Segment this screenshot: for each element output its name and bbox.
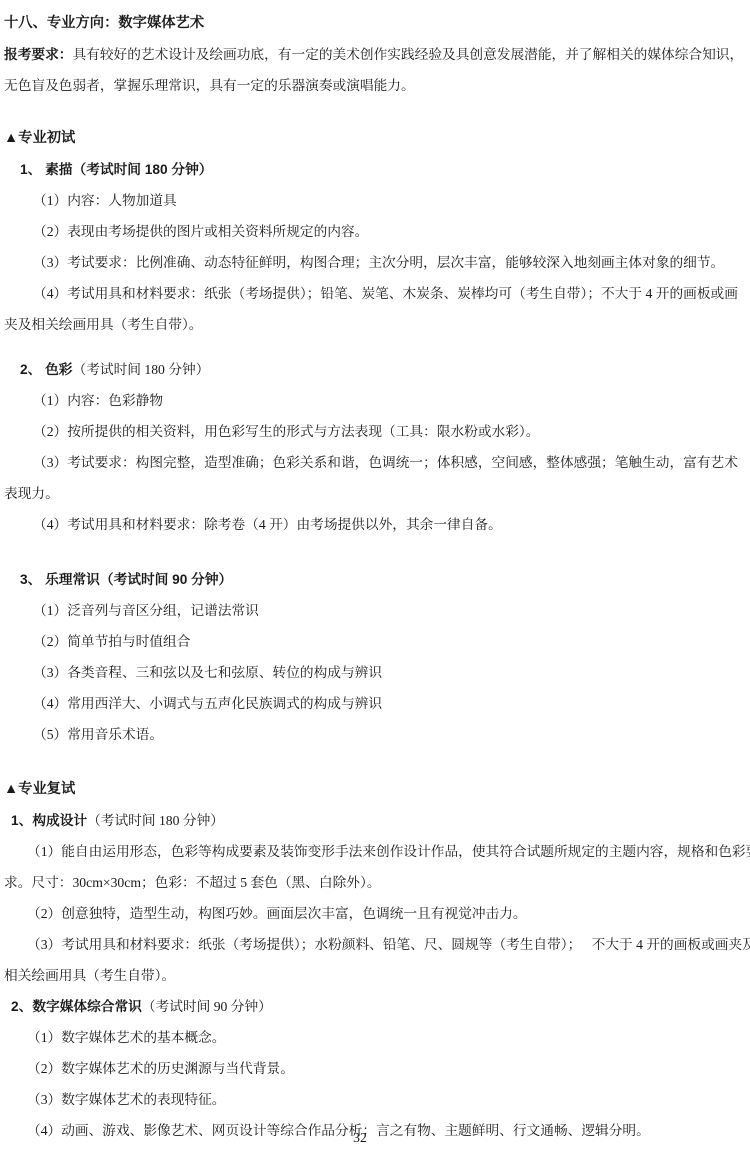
exam-item-header-sketch: 1、 素描（考试时间 180 分钟）: [4, 154, 748, 185]
exam-point: （2）创意独特，造型生动，构图巧妙。画面层次丰富，色调统一且有视觉冲击力。: [4, 898, 748, 929]
exam-point: （1）内容：人物加道具: [4, 185, 748, 216]
exam-point: （1）能自由运用形态，色彩等构成要素及装饰变形手法来创作设计作品，使其符合试题所…: [4, 836, 748, 867]
exam-point: （2）按所提供的相关资料，用色彩写生的形式与方法表现（工具：限水粉或水彩）。: [4, 416, 748, 447]
requirements-text-line2: 无色盲及色弱者，掌握乐理常识，具有一定的乐器演奏或演唱能力。: [4, 70, 748, 101]
exam-point: （3）考试用具和材料要求：纸张（考场提供）；水粉颜料、铅笔、尺、圆规等（考生自带…: [4, 929, 748, 960]
exam-point: （1）内容：色彩静物: [4, 385, 748, 416]
first-round-heading: ▲专业初试: [4, 123, 748, 154]
exam-item-number: 1、: [11, 813, 32, 828]
exam-item-title: 素描: [45, 162, 72, 177]
exam-item-number: 3、: [20, 572, 45, 587]
second-round-heading: ▲专业复试: [4, 774, 748, 805]
exam-point: （4）常用西洋大、小调式与五声化民族调式的构成与辨识: [4, 688, 748, 719]
exam-point: （5）常用音乐术语。: [4, 719, 748, 750]
exam-point: （2）数字媒体艺术的历史渊源与当代背景。: [4, 1053, 748, 1084]
exam-item-header-music-theory: 3、 乐理常识（考试时间 90 分钟）: [4, 564, 748, 595]
exam-point: （4）考试用具和材料要求：纸张（考场提供）；铅笔、炭笔、木炭条、炭棒均可（考生自…: [4, 278, 748, 309]
exam-point: （4）考试用具和材料要求：除考卷（4 开）由考场提供以外，其余一律自备。: [4, 509, 748, 540]
exam-item-header-color: 2、 色彩（考试时间 180 分钟）: [4, 354, 748, 385]
exam-item-duration: （考试时间 90 分钟）: [142, 999, 272, 1014]
exam-item-number: 2、: [11, 999, 32, 1014]
exam-item-title: 数字媒体综合常识: [32, 999, 142, 1014]
exam-item-title: 构成设计: [32, 813, 87, 828]
exam-point-continuation: 表现力。: [4, 478, 748, 509]
exam-item-header-digital-media-knowledge: 2、数字媒体综合常识（考试时间 90 分钟）: [4, 991, 748, 1022]
exam-point: （2）表现由考场提供的图片或相关资料所规定的内容。: [4, 216, 748, 247]
requirements-label: 报考要求：: [4, 47, 72, 62]
exam-item-duration: （考试时间 180 分钟）: [73, 162, 213, 177]
requirements-paragraph-line1: 报考要求：具有较好的艺术设计及绘画功底，有一定的美术创作实践经验及具创意发展潜能…: [4, 39, 748, 70]
requirements-text-line1: 具有较好的艺术设计及绘画功底，有一定的美术创作实践经验及具创意发展潜能，并了解相…: [72, 47, 743, 62]
exam-point: （2）简单节拍与时值组合: [4, 626, 748, 657]
exam-item-number: 2、: [20, 362, 45, 377]
exam-item-duration: （考试时间 180 分钟）: [73, 362, 210, 377]
document-page: 十八、专业方向：数字媒体艺术 报考要求：具有较好的艺术设计及绘画功底，有一定的美…: [0, 0, 750, 1154]
page-number: 32: [0, 1128, 720, 1148]
exam-point-continuation: 相关绘画用具（考生自带）。: [4, 960, 748, 991]
exam-point: （1）数字媒体艺术的基本概念。: [4, 1022, 748, 1053]
exam-point: （3）各类音程、三和弦以及七和弦原、转位的构成与辨识: [4, 657, 748, 688]
exam-point: （3）考试要求：构图完整，造型准确；色彩关系和谐，色调统一；体积感，空间感，整体…: [4, 447, 748, 478]
exam-point-continuation: 夹及相关绘画用具（考生自带）。: [4, 309, 748, 340]
exam-item-number: 1、: [20, 162, 45, 177]
exam-point: （3）数字媒体艺术的表现特征。: [4, 1084, 748, 1115]
doc-title: 十八、专业方向：数字媒体艺术: [4, 8, 748, 39]
exam-item-title: 色彩: [45, 362, 72, 377]
exam-point: （3）考试要求：比例准确、动态特征鲜明，构图合理；主次分明，层次丰富，能够较深入…: [4, 247, 748, 278]
exam-item-duration: （考试时间 180 分钟）: [87, 813, 224, 828]
exam-point: （1）泛音列与音区分组，记谱法常识: [4, 595, 748, 626]
exam-item-header-composition-design: 1、构成设计（考试时间 180 分钟）: [4, 805, 748, 836]
exam-item-title: 乐理常识: [45, 572, 100, 587]
exam-item-duration: （考试时间 90 分钟）: [100, 572, 232, 587]
exam-point-continuation: 求。尺寸：30cm×30cm；色彩：不超过 5 套色（黑、白除外）。: [4, 867, 748, 898]
